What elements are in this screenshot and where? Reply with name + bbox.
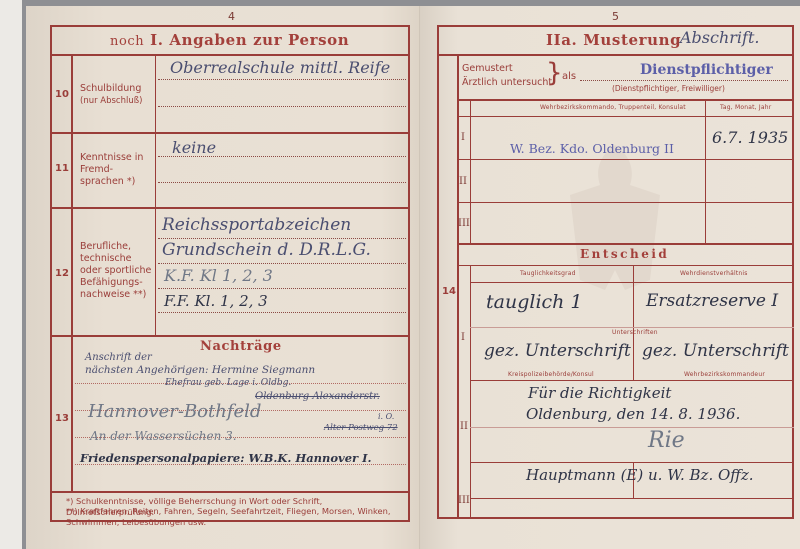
nachtrag-entry: nächsten Angehörigen: Hermine Siegmann [85, 364, 315, 376]
label-subtext: (nur Abschluß) [80, 96, 142, 106]
row-number-14: 14 [442, 286, 456, 297]
signatures-label: Unterschriften [612, 329, 658, 336]
divider [457, 202, 794, 203]
stamp-wehrbezirkskommando: W. Bez. Kdo. Oldenburg II [510, 141, 674, 156]
handwritten-rank: Hauptmann (E) u. W. Bz. Offz. [526, 466, 754, 484]
handwritten-wehrdienstverhaeltnis: Ersatzreserve I [646, 291, 778, 311]
handwritten-richtigkeit: Für die Richtigkeit [528, 384, 671, 402]
roman-numeral: I [461, 132, 465, 143]
handwritten-musterung-date: 6.7. 1935 [712, 128, 788, 147]
caption-kreispolizeibehoerde: Kreispolizeibehörde/Konsul [508, 371, 594, 378]
divider [457, 159, 794, 160]
divider [457, 99, 794, 101]
divider [457, 243, 794, 245]
handwritten-entry: Grundschein d. D.R.L.G. [162, 240, 371, 260]
page-number-left: 4 [228, 10, 235, 23]
label-text: Schulbildung [80, 83, 154, 95]
nachtraege-heading: Nachträge [200, 339, 282, 354]
roman-numeral: II [459, 176, 467, 187]
roman-numeral: I [461, 332, 465, 343]
row-divider [50, 207, 410, 209]
background-edge [0, 0, 22, 549]
divider [457, 116, 794, 117]
roman-numeral: II [460, 421, 468, 432]
entry-line [158, 288, 406, 289]
handwritten-schulbildung: Oberrealschule mittl. Reife [170, 58, 390, 77]
entry-line [580, 80, 788, 81]
gemustert-label: Gemustert Ärztlich untersucht [462, 62, 552, 90]
entry-line [158, 79, 406, 80]
entry-line [158, 263, 406, 264]
nachtrag-entry: Ehefrau geb. Lage i. Oldbg. [165, 378, 291, 388]
entry-line [158, 182, 406, 183]
date-column-divider [705, 99, 706, 244]
divider [470, 498, 794, 499]
row-number-13: 13 [55, 413, 69, 424]
left-page-title: noch I. Angaben zur Person [110, 31, 349, 49]
divider [437, 54, 794, 56]
nachtrag-entry-struck: Alter Postweg 72 [324, 423, 398, 433]
entry-line [158, 312, 406, 313]
handwritten-signature-left: gez. Unterschrift [484, 341, 631, 361]
title-prefix: noch [110, 34, 144, 49]
row-divider [50, 335, 410, 337]
divider [50, 54, 410, 56]
gemustert-options-hint: (Dienstpflichtiger, Freiwilliger) [612, 83, 725, 95]
divider [470, 462, 794, 463]
nachtrag-entry: An der Wassersüchen 3. [90, 429, 237, 443]
handwritten-entry: K.F. Kl 1, 2, 3 [164, 266, 273, 285]
header-wehrbezirkskommando: Wehrbezirkskommando, Truppenteil, Konsul… [540, 104, 686, 111]
divider [457, 265, 794, 266]
nachtrag-entry: i. O. [378, 412, 394, 421]
row-divider [50, 491, 410, 493]
title-text: I. Angaben zur Person [150, 31, 349, 49]
row-number-11: 11 [55, 163, 69, 174]
caption-wehrbezirkskommandeur: Wehrbezirkskommandeur [684, 371, 765, 378]
row-number-10: 10 [55, 89, 69, 100]
label-fremdsprachen: Kenntnisse in Fremd-sprachen *) [80, 152, 152, 188]
number-column-divider [457, 54, 459, 519]
brace-symbol: } [546, 60, 563, 86]
divider [470, 282, 794, 283]
handwritten-signature: Rie [648, 428, 685, 453]
entry-line [158, 106, 406, 107]
row-number-12: 12 [55, 268, 69, 279]
nachtrag-entry: Hannover-Bothfeld [88, 401, 261, 422]
entscheid-heading: Entscheid [580, 247, 669, 261]
header-wehrdienstverhaeltnis: Wehrdienstverhältnis [680, 270, 748, 277]
entry-line [158, 238, 406, 239]
gemustert-text: Gemustert [462, 62, 552, 76]
stamp-dienstpflichtiger: Dienstpflichtiger [640, 62, 773, 78]
handwritten-fremdsprachen: keine [172, 138, 216, 157]
nachtrag-entry: Friedenspersonalpapiere: W.B.K. Hannover… [80, 451, 372, 465]
als-label: als [562, 71, 576, 83]
divider [470, 427, 794, 428]
roman-numeral: III [458, 218, 470, 229]
numeral-column-divider [470, 99, 471, 244]
label-schulbildung: Schulbildung (nur Abschluß) [80, 83, 154, 107]
handwritten-tauglichkeitsgrad: tauglich 1 [486, 291, 583, 313]
row-divider [50, 132, 410, 134]
divider [470, 380, 794, 381]
header-date: Tag, Monat, Jahr [720, 104, 771, 111]
nachtrag-entry-struck: Oldenburg Alexanderstr. [255, 391, 380, 402]
header-tauglichkeitsgrad: Tauglichkeitsgrad [520, 270, 576, 277]
handwritten-signature-right: gez. Unterschrift [642, 341, 789, 361]
number-column-divider [71, 54, 73, 492]
handwritten-entry: Reichssportabzeichen [162, 215, 351, 235]
handwritten-place-date: Oldenburg, den 14. 8. 1936. [526, 405, 740, 423]
footnote-2: **) Kraftfahren, Reiten, Fahren, Segeln,… [66, 506, 406, 528]
numeral-column-divider [470, 265, 471, 519]
nachtrag-entry: Anschrift der [85, 352, 152, 363]
label-befaehigungsnachweise: Berufliche, technische oder sportliche B… [80, 241, 156, 301]
right-page-title: IIa. Musterung [546, 31, 681, 49]
divider [470, 327, 794, 328]
page-number-right: 5 [612, 10, 619, 23]
abschrift-annotation: Abschrift. [680, 28, 759, 47]
handwritten-entry: F.F. Kl. 1, 2, 3 [164, 292, 268, 310]
untersucht-text: Ärztlich untersucht [462, 76, 552, 90]
roman-numeral: III [458, 495, 470, 506]
